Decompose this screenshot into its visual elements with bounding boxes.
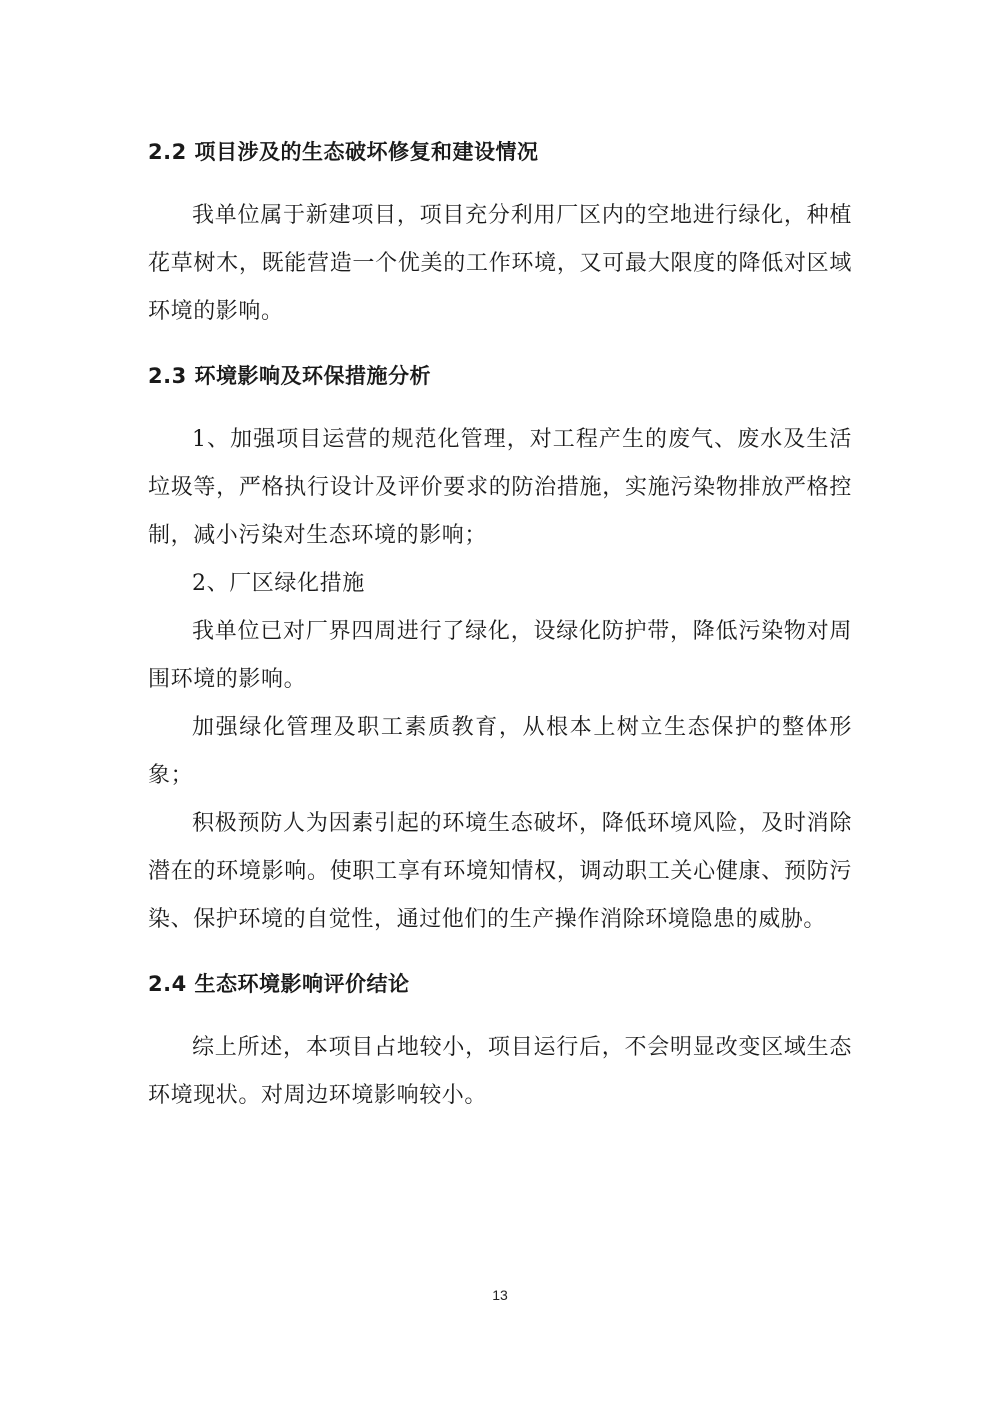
paragraph: 加强绿化管理及职工素质教育，从根本上树立生态保护的整体形象； [148, 704, 852, 800]
section-2-3: 2.3 环境影响及环保措施分析 1、加强项目运营的规范化管理，对工程产生的废气、… [148, 356, 852, 944]
section-heading: 2.2 项目涉及的生态破坏修复和建设情况 [148, 132, 852, 172]
paragraph: 我单位属于新建项目，项目充分利用厂区内的空地进行绿化，种植花草树木，既能营造一个… [148, 192, 852, 336]
page-content: 2.2 项目涉及的生态破坏修复和建设情况 我单位属于新建项目，项目充分利用厂区内… [148, 132, 852, 1120]
paragraph: 2、厂区绿化措施 [148, 560, 852, 608]
page-number: 13 [0, 1287, 1000, 1303]
paragraph: 1、加强项目运营的规范化管理，对工程产生的废气、废水及生活垃圾等，严格执行设计及… [148, 416, 852, 560]
paragraph: 综上所述，本项目占地较小，项目运行后，不会明显改变区域生态环境现状。对周边环境影… [148, 1024, 852, 1120]
paragraph: 积极预防人为因素引起的环境生态破坏，降低环境风险，及时消除潜在的环境影响。使职工… [148, 800, 852, 944]
section-heading: 2.3 环境影响及环保措施分析 [148, 356, 852, 396]
section-2-2: 2.2 项目涉及的生态破坏修复和建设情况 我单位属于新建项目，项目充分利用厂区内… [148, 132, 852, 336]
document-page: 2.2 项目涉及的生态破坏修复和建设情况 我单位属于新建项目，项目充分利用厂区内… [0, 0, 1000, 1414]
section-heading: 2.4 生态环境影响评价结论 [148, 964, 852, 1004]
paragraph: 我单位已对厂界四周进行了绿化，设绿化防护带，降低污染物对周围环境的影响。 [148, 608, 852, 704]
section-2-4: 2.4 生态环境影响评价结论 综上所述，本项目占地较小，项目运行后，不会明显改变… [148, 964, 852, 1120]
